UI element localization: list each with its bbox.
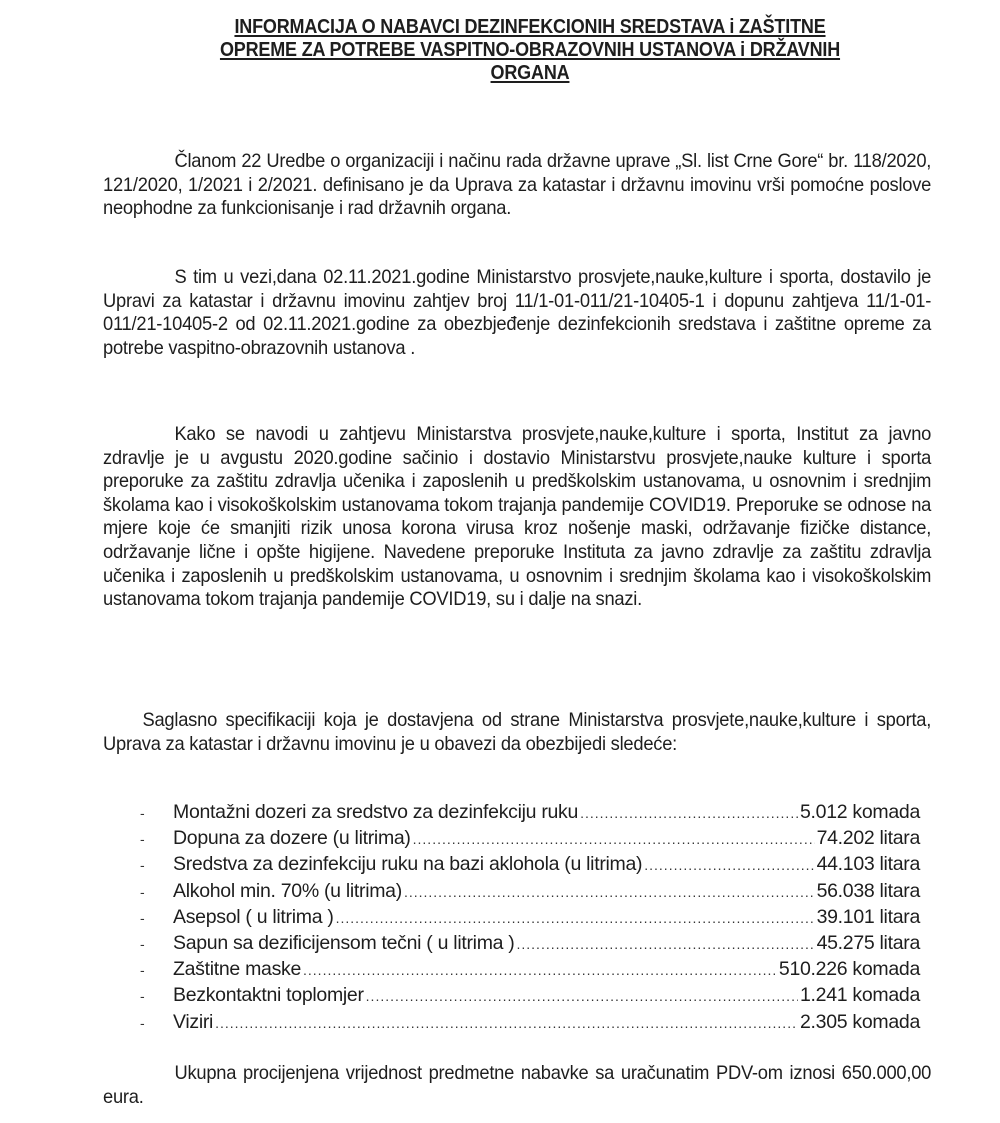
item-quantity: 39.101 litara [817, 905, 920, 930]
item-quantity: 45.275 litara [817, 931, 920, 956]
paragraph-recommendations: Kako se navodi u zahtjevu Ministarstva p… [103, 423, 931, 612]
title-line-3: ORGANA [143, 62, 917, 85]
list-item: - Asepsol ( u litrima ) 39.101 litara [140, 905, 920, 931]
item-label: Montažni dozeri za sredstvo za dezinfekc… [173, 800, 578, 825]
bullet-icon: - [140, 984, 173, 1009]
dot-leader [644, 853, 814, 878]
item-label: Bezkontaktni toplomjer [173, 983, 364, 1008]
document-title: INFORMACIJA O NABAVCI DEZINFEKCIONIH SRE… [143, 16, 917, 85]
procurement-item-list: - Montažni dozeri za sredstvo za dezinfe… [140, 800, 920, 1036]
list-item: - Bezkontaktni toplomjer 1.241 komada [140, 983, 920, 1009]
title-line-2: OPREME ZA POTREBE VASPITNO-OBRAZOVNIH US… [143, 39, 917, 62]
title-line-1: INFORMACIJA O NABAVCI DEZINFEKCIONIH SRE… [143, 16, 917, 39]
paragraph-specification: Saglasno specifikaciji koja je dostavjen… [103, 709, 931, 756]
item-label: Alkohol min. 70% (u litrima) [173, 879, 402, 904]
item-quantity: 44.103 litara [817, 852, 920, 877]
dot-leader [366, 984, 798, 1009]
list-item: - Sredstva za dezinfekciju ruku na bazi … [140, 852, 920, 878]
list-item: - Alkohol min. 70% (u litrima) 56.038 li… [140, 879, 920, 905]
list-item: - Zaštitne maske 510.226 komada [140, 957, 920, 983]
item-quantity: 56.038 litara [817, 879, 920, 904]
bullet-icon: - [140, 827, 173, 852]
item-label: Viziri [173, 1010, 213, 1035]
dot-leader [215, 1011, 798, 1036]
bullet-icon: - [140, 880, 173, 905]
bullet-icon: - [140, 1011, 173, 1036]
list-item: - Montažni dozeri za sredstvo za dezinfe… [140, 800, 920, 826]
item-quantity: 1.241 komada [800, 983, 920, 1008]
item-quantity: 5.012 komada [800, 800, 920, 825]
item-label: Zaštitne maske [173, 957, 301, 982]
bullet-icon: - [140, 958, 173, 983]
dot-leader [580, 801, 798, 826]
list-item: - Sapun sa dezificijensom tečni ( u litr… [140, 931, 920, 957]
paragraph-total-value: Ukupna procijenjena vrijednost predmetne… [103, 1062, 931, 1109]
paragraph-request: S tim u vezi,dana 02.11.2021.godine Mini… [103, 266, 931, 360]
dot-leader [404, 880, 815, 905]
item-quantity: 74.202 litara [817, 826, 920, 851]
dot-leader [517, 932, 815, 957]
list-item: - Dopuna za dozere (u litrima) 74.202 li… [140, 826, 920, 852]
bullet-icon: - [140, 801, 173, 826]
item-quantity: 2.305 komada [800, 1010, 920, 1035]
list-item: - Viziri 2.305 komada [140, 1010, 920, 1036]
bullet-icon: - [140, 932, 173, 957]
item-label: Asepsol ( u litrima ) [173, 905, 334, 930]
bullet-icon: - [140, 906, 173, 931]
dot-leader [413, 827, 815, 852]
bullet-icon: - [140, 853, 173, 878]
paragraph-legal-basis: Članom 22 Uredbe o organizaciji i načinu… [103, 150, 931, 221]
dot-leader [303, 958, 777, 983]
dot-leader [336, 906, 815, 931]
item-label: Sapun sa dezificijensom tečni ( u litrim… [173, 931, 515, 956]
item-label: Sredstva za dezinfekciju ruku na bazi ak… [173, 852, 642, 877]
item-label: Dopuna za dozere (u litrima) [173, 826, 411, 851]
item-quantity: 510.226 komada [779, 957, 920, 982]
document-page: INFORMACIJA O NABAVCI DEZINFEKCIONIH SRE… [0, 0, 1000, 1123]
